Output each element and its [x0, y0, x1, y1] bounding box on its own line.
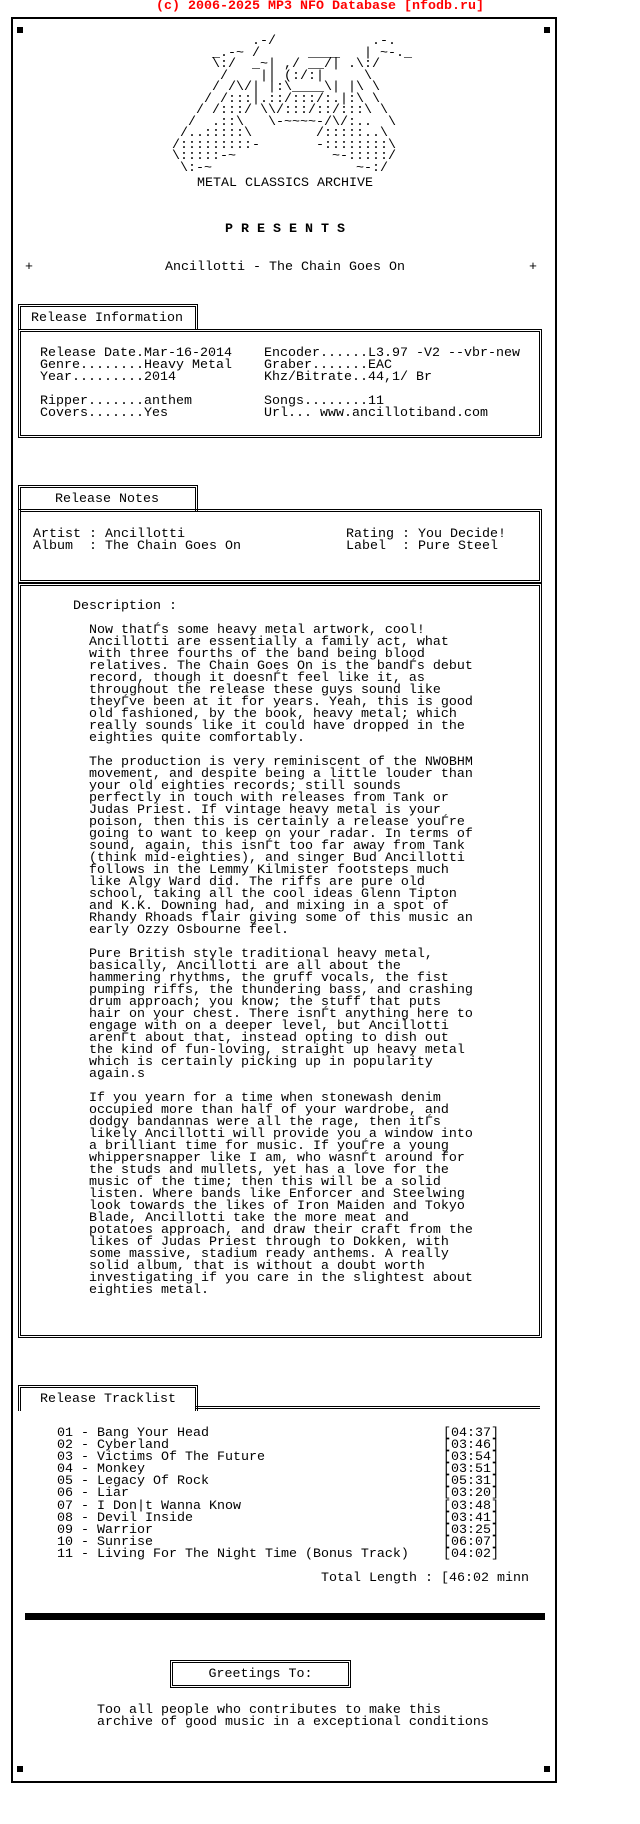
release-information-tab: Release Information — [18, 304, 198, 330]
description-paragraph: Now thatЃs some heavy metal artwork, coo… — [89, 625, 473, 745]
release-tracklist-tab-label: Release Tracklist — [40, 1394, 176, 1406]
release-notes-tab: Release Notes — [18, 485, 198, 511]
ascii-logo: .-/ .-. _.-~ / ____ | ~-._ \:/ _~| ,/ __… — [148, 36, 412, 174]
label-line: Label : Pure Steel — [346, 541, 498, 553]
track-title: 11 - Living For The Night Time (Bonus Tr… — [57, 1547, 409, 1562]
tracklist-divider — [196, 1406, 540, 1409]
description-label: Description : — [73, 601, 177, 613]
release-tracklist-tab: Release Tracklist — [18, 1385, 198, 1411]
greetings-text: Too all people who contributes to make t… — [97, 1705, 489, 1729]
marker-right: + — [529, 262, 537, 274]
album-line: Album : The Chain Goes On — [33, 541, 241, 553]
description-text: Now thatЃs some heavy metal artwork, coo… — [89, 625, 473, 1309]
track-list: 01 - Bang Your Head[04:37]02 - Cyberland… — [57, 1428, 507, 1561]
release-info-right-column: Encoder......L3.97 -V2 --vbr-new Graber.… — [264, 348, 520, 420]
greetings-box: Greetings To: — [170, 1660, 351, 1688]
release-notes-tab-label: Release Notes — [55, 494, 159, 506]
total-length: Total Length : [46:02 minn — [321, 1573, 529, 1585]
corner-square-icon — [544, 27, 550, 33]
release-title: Ancillotti - The Chain Goes On — [0, 262, 570, 274]
description-paragraph: Pure British style traditional heavy met… — [89, 949, 473, 1081]
description-paragraph: If you yearn for a time when stonewash d… — [89, 1093, 473, 1297]
logo-caption: METAL CLASSICS ARCHIVE — [0, 178, 570, 190]
corner-square-icon — [17, 1766, 23, 1772]
corner-square-icon — [544, 1766, 550, 1772]
track-row: 11 - Living For The Night Time (Bonus Tr… — [57, 1549, 507, 1561]
release-info-left-column: Release Date.Mar-16-2014 Genre........He… — [40, 348, 232, 420]
separator-bar — [25, 1613, 545, 1620]
description-paragraph: The production is very reminiscent of th… — [89, 757, 473, 937]
release-information-tab-label: Release Information — [31, 313, 183, 325]
presents-heading: P R E S E N T S — [0, 224, 570, 236]
corner-square-icon — [17, 27, 23, 33]
greetings-label: Greetings To: — [173, 1669, 348, 1681]
copyright-notice: (c) 2006-2025 MP3 NFO Database [nfodb.ru… — [0, 0, 640, 13]
greetings-line: archive of good music in a exceptional c… — [97, 1717, 489, 1729]
track-length: [04:02] — [443, 1549, 499, 1561]
